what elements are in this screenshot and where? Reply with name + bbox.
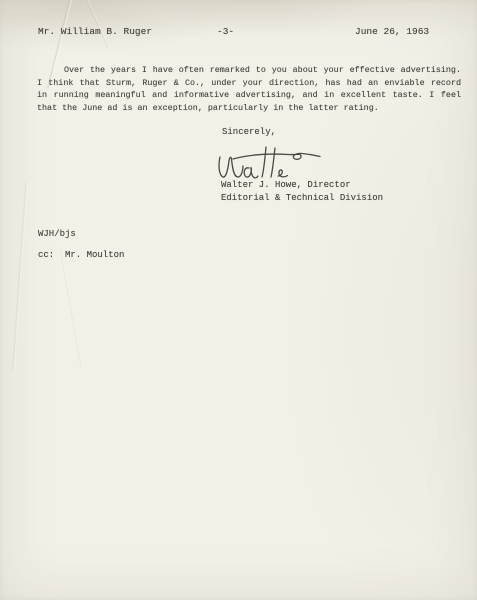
body-line: Over the years I have often remarked to …	[37, 64, 461, 77]
typist-initials: WJH/bjs	[38, 228, 76, 241]
letter-page: Mr. William B. Ruger -3- June 26, 1963 O…	[0, 0, 477, 600]
paper-crease	[60, 251, 84, 370]
recipient-name: Mr. William B. Ruger	[38, 26, 152, 39]
paper-crease	[85, 0, 110, 48]
body-line: that the June ad is an exception, partic…	[37, 102, 461, 115]
page-number: -3-	[217, 26, 234, 39]
body-line: in running meaningful and informative ad…	[37, 89, 461, 102]
signer-division: Editorial & Technical Division	[221, 192, 383, 205]
signer-name: Walter J. Howe, Director	[221, 179, 351, 192]
body-line: I think that Sturm, Ruger & Co., under y…	[37, 77, 461, 90]
letter-body-paragraph: Over the years I have often remarked to …	[37, 64, 461, 114]
closing-salutation: Sincerely,	[222, 126, 276, 139]
paper-crease	[11, 182, 28, 372]
letter-date: June 26, 1963	[355, 26, 429, 39]
cc-line: cc: Mr. Moulton	[38, 249, 124, 262]
